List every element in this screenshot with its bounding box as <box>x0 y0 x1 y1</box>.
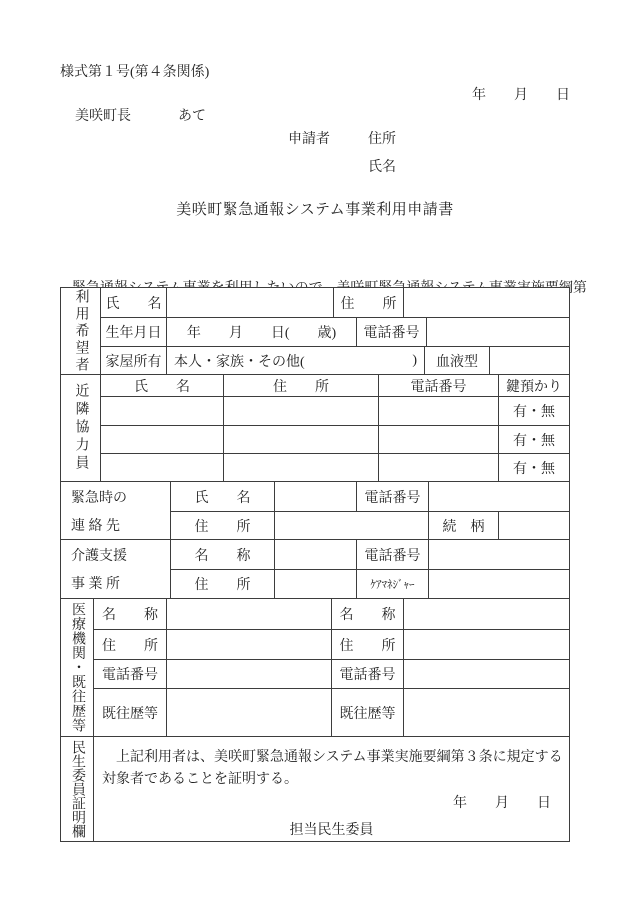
emergency-header-line1: 緊急時の <box>71 487 170 507</box>
applicant-address-field-label: 住 所 <box>333 288 403 317</box>
applicant-name-value <box>166 288 333 317</box>
care-name-value <box>274 540 356 569</box>
section-neighbors: 近隣協力員 氏 名 住 所 電話番号 鍵預かり 有・無 <box>61 374 569 481</box>
applicant-row-name: 氏 名 住 所 <box>101 288 569 317</box>
section-applicant-vertical-header: 利用希望者 <box>61 288 101 374</box>
medical-left-address-label: 住 所 <box>94 630 166 659</box>
section-applicant-rows: 氏 名 住 所 生年月日 年 月 日( 歳) 電話番号 家屋所有 本人・家族・そ… <box>101 288 569 374</box>
neighbor1-phone-value <box>378 397 498 425</box>
emergency-name-label: 氏 名 <box>171 482 274 511</box>
addressee: 美咲町長 <box>75 105 131 125</box>
application-form-page: 様式第１号(第４条関係) 年 月 日 美咲町長 あて 申請者 住所 氏名 美咲町… <box>0 0 630 903</box>
medical-row-name: 名 称 名 称 <box>94 599 569 629</box>
neighbors-name-col-header: 氏 名 <box>101 375 223 396</box>
care-name-label: 名 称 <box>171 540 274 569</box>
care-phone-label: 電話番号 <box>356 540 428 569</box>
medical-left-phone-label: 電話番号 <box>94 660 166 688</box>
care-address-value <box>274 570 356 598</box>
neighbors-address-col-header: 住 所 <box>223 375 378 396</box>
medical-row-history: 既往歴等 既往歴等 <box>94 688 569 736</box>
care-manager-value <box>428 570 569 598</box>
section-neighbors-rows: 氏 名 住 所 電話番号 鍵預かり 有・無 有・無 <box>101 375 569 481</box>
neighbor2-name-value <box>101 426 223 453</box>
applicant-label: 申請者 <box>288 128 330 148</box>
applicant-row-birth: 生年月日 年 月 日( 歳) 電話番号 <box>101 317 569 346</box>
certification-line-1: 上記利用者は、美咲町緊急通報システム事業実施要綱第３条に規定する <box>94 748 569 767</box>
neighbors-phone-col-header: 電話番号 <box>378 375 498 396</box>
medical-left-name-label: 名 称 <box>94 599 166 629</box>
care-phone-value <box>428 540 569 569</box>
applicant-phone-label: 電話番号 <box>356 318 426 346</box>
section-emergency-header: 緊急時の 連 絡 先 <box>61 482 171 539</box>
certification-date-line: 年 月 日 <box>94 794 569 813</box>
medical-row-phone: 電話番号 電話番号 <box>94 659 569 688</box>
house-paren-close: ) <box>412 353 417 369</box>
applicant-phone-value <box>426 318 569 346</box>
document-title: 美咲町緊急通報システム事業利用申請書 <box>0 198 630 219</box>
medical-row-address: 住 所 住 所 <box>94 629 569 659</box>
applicant-address-value <box>403 288 569 317</box>
application-table: 利用希望者 氏 名 住 所 生年月日 年 月 日( 歳) 電話番号 家屋所有 <box>60 287 570 842</box>
section-care-office: 介護支援 事 業 所 名 称 電話番号 住 所 ｹｱﾏﾈｼﾞｬｰ <box>61 539 569 598</box>
care-address-label: 住 所 <box>171 570 274 598</box>
medical-left-address-value <box>166 630 331 659</box>
house-options-text: 本人・家族・その他( <box>174 351 305 371</box>
applicant-house-value: 本人・家族・その他( ) <box>166 347 424 374</box>
care-manager-label: ｹｱﾏﾈｼﾞｬｰ <box>356 570 428 598</box>
emergency-row-address: 住 所 続 柄 <box>171 511 569 539</box>
certification-officer-label: 担当民生委員 <box>94 821 569 840</box>
neighbor3-key-options: 有・無 <box>498 454 569 481</box>
emergency-phone-label: 電話番号 <box>356 482 428 511</box>
neighbors-row-1: 有・無 <box>101 396 569 425</box>
section-emergency-contact: 緊急時の 連 絡 先 氏 名 電話番号 住 所 続 柄 <box>61 481 569 539</box>
section-care-rows: 名 称 電話番号 住 所 ｹｱﾏﾈｼﾞｬｰ <box>171 540 569 598</box>
section-certification-vertical-header: 民生委員証明欄 <box>61 737 94 841</box>
date-line: 年 月 日 <box>60 84 570 104</box>
medical-left-history-label: 既往歴等 <box>94 689 166 736</box>
applicant-house-label: 家屋所有 <box>101 347 166 374</box>
medical-right-history-value <box>403 689 569 736</box>
applicant-name-label: 氏名 <box>368 156 396 176</box>
section-medical: 医療機関・既往歴等 名 称 名 称 住 所 住 所 電話番号 <box>61 598 569 736</box>
care-header-line1: 介護支援 <box>71 545 170 565</box>
applicant-blood-value <box>489 347 569 374</box>
medical-right-address-value <box>403 630 569 659</box>
applicant-blood-label: 血液型 <box>424 347 489 374</box>
neighbors-row-3: 有・無 <box>101 453 569 481</box>
medical-right-phone-label: 電話番号 <box>331 660 403 688</box>
care-row-name: 名 称 電話番号 <box>171 540 569 569</box>
emergency-header-line2: 連 絡 先 <box>71 515 170 535</box>
emergency-row-name: 氏 名 電話番号 <box>171 482 569 511</box>
medical-right-address-label: 住 所 <box>331 630 403 659</box>
section-neighbors-vertical-header: 近隣協力員 <box>61 375 101 481</box>
applicant-address-label: 住所 <box>368 128 396 148</box>
neighbor2-phone-value <box>378 426 498 453</box>
neighbor3-name-value <box>101 454 223 481</box>
neighbors-header-row: 氏 名 住 所 電話番号 鍵預かり <box>101 375 569 396</box>
certification-body: 上記利用者は、美咲町緊急通報システム事業実施要綱第３条に規定する 対象者であるこ… <box>94 737 569 841</box>
emergency-relation-label: 続 柄 <box>428 512 498 539</box>
applicant-birth-label: 生年月日 <box>101 318 166 346</box>
addressee-suffix: あて <box>178 105 206 125</box>
certification-line-2: 対象者であることを証明する。 <box>94 770 569 789</box>
medical-right-name-value <box>403 599 569 629</box>
medical-right-name-label: 名 称 <box>331 599 403 629</box>
neighbor1-address-value <box>223 397 378 425</box>
section-care-header: 介護支援 事 業 所 <box>61 540 171 598</box>
section-certification: 民生委員証明欄 上記利用者は、美咲町緊急通報システム事業実施要綱第３条に規定する… <box>61 736 569 841</box>
medical-left-name-value <box>166 599 331 629</box>
medical-right-phone-value <box>403 660 569 688</box>
neighbor2-key-options: 有・無 <box>498 426 569 453</box>
emergency-relation-value <box>498 512 569 539</box>
medical-right-history-label: 既往歴等 <box>331 689 403 736</box>
section-medical-rows: 名 称 名 称 住 所 住 所 電話番号 電話番号 <box>94 599 569 736</box>
section-medical-vertical-header: 医療機関・既往歴等 <box>61 599 94 736</box>
neighbor1-name-value <box>101 397 223 425</box>
applicant-birth-value: 年 月 日( 歳) <box>166 318 356 346</box>
medical-left-history-value <box>166 689 331 736</box>
section-applicant: 利用希望者 氏 名 住 所 生年月日 年 月 日( 歳) 電話番号 家屋所有 <box>61 288 569 374</box>
form-number: 様式第１号(第４条関係) <box>60 61 209 81</box>
section-emergency-rows: 氏 名 電話番号 住 所 続 柄 <box>171 482 569 539</box>
care-header-line2: 事 業 所 <box>71 573 170 593</box>
applicant-row-house: 家屋所有 本人・家族・その他( ) 血液型 <box>101 346 569 374</box>
neighbor3-address-value <box>223 454 378 481</box>
applicant-name-field-label: 氏 名 <box>101 288 166 317</box>
emergency-address-value <box>274 512 428 539</box>
emergency-phone-value <box>428 482 569 511</box>
neighbor3-phone-value <box>378 454 498 481</box>
emergency-name-value <box>274 482 356 511</box>
care-row-address: 住 所 ｹｱﾏﾈｼﾞｬｰ <box>171 569 569 598</box>
medical-left-phone-value <box>166 660 331 688</box>
neighbors-row-2: 有・無 <box>101 425 569 453</box>
neighbor2-address-value <box>223 426 378 453</box>
neighbor1-key-options: 有・無 <box>498 397 569 425</box>
neighbors-key-col-header: 鍵預かり <box>498 375 569 396</box>
emergency-address-label: 住 所 <box>171 512 274 539</box>
